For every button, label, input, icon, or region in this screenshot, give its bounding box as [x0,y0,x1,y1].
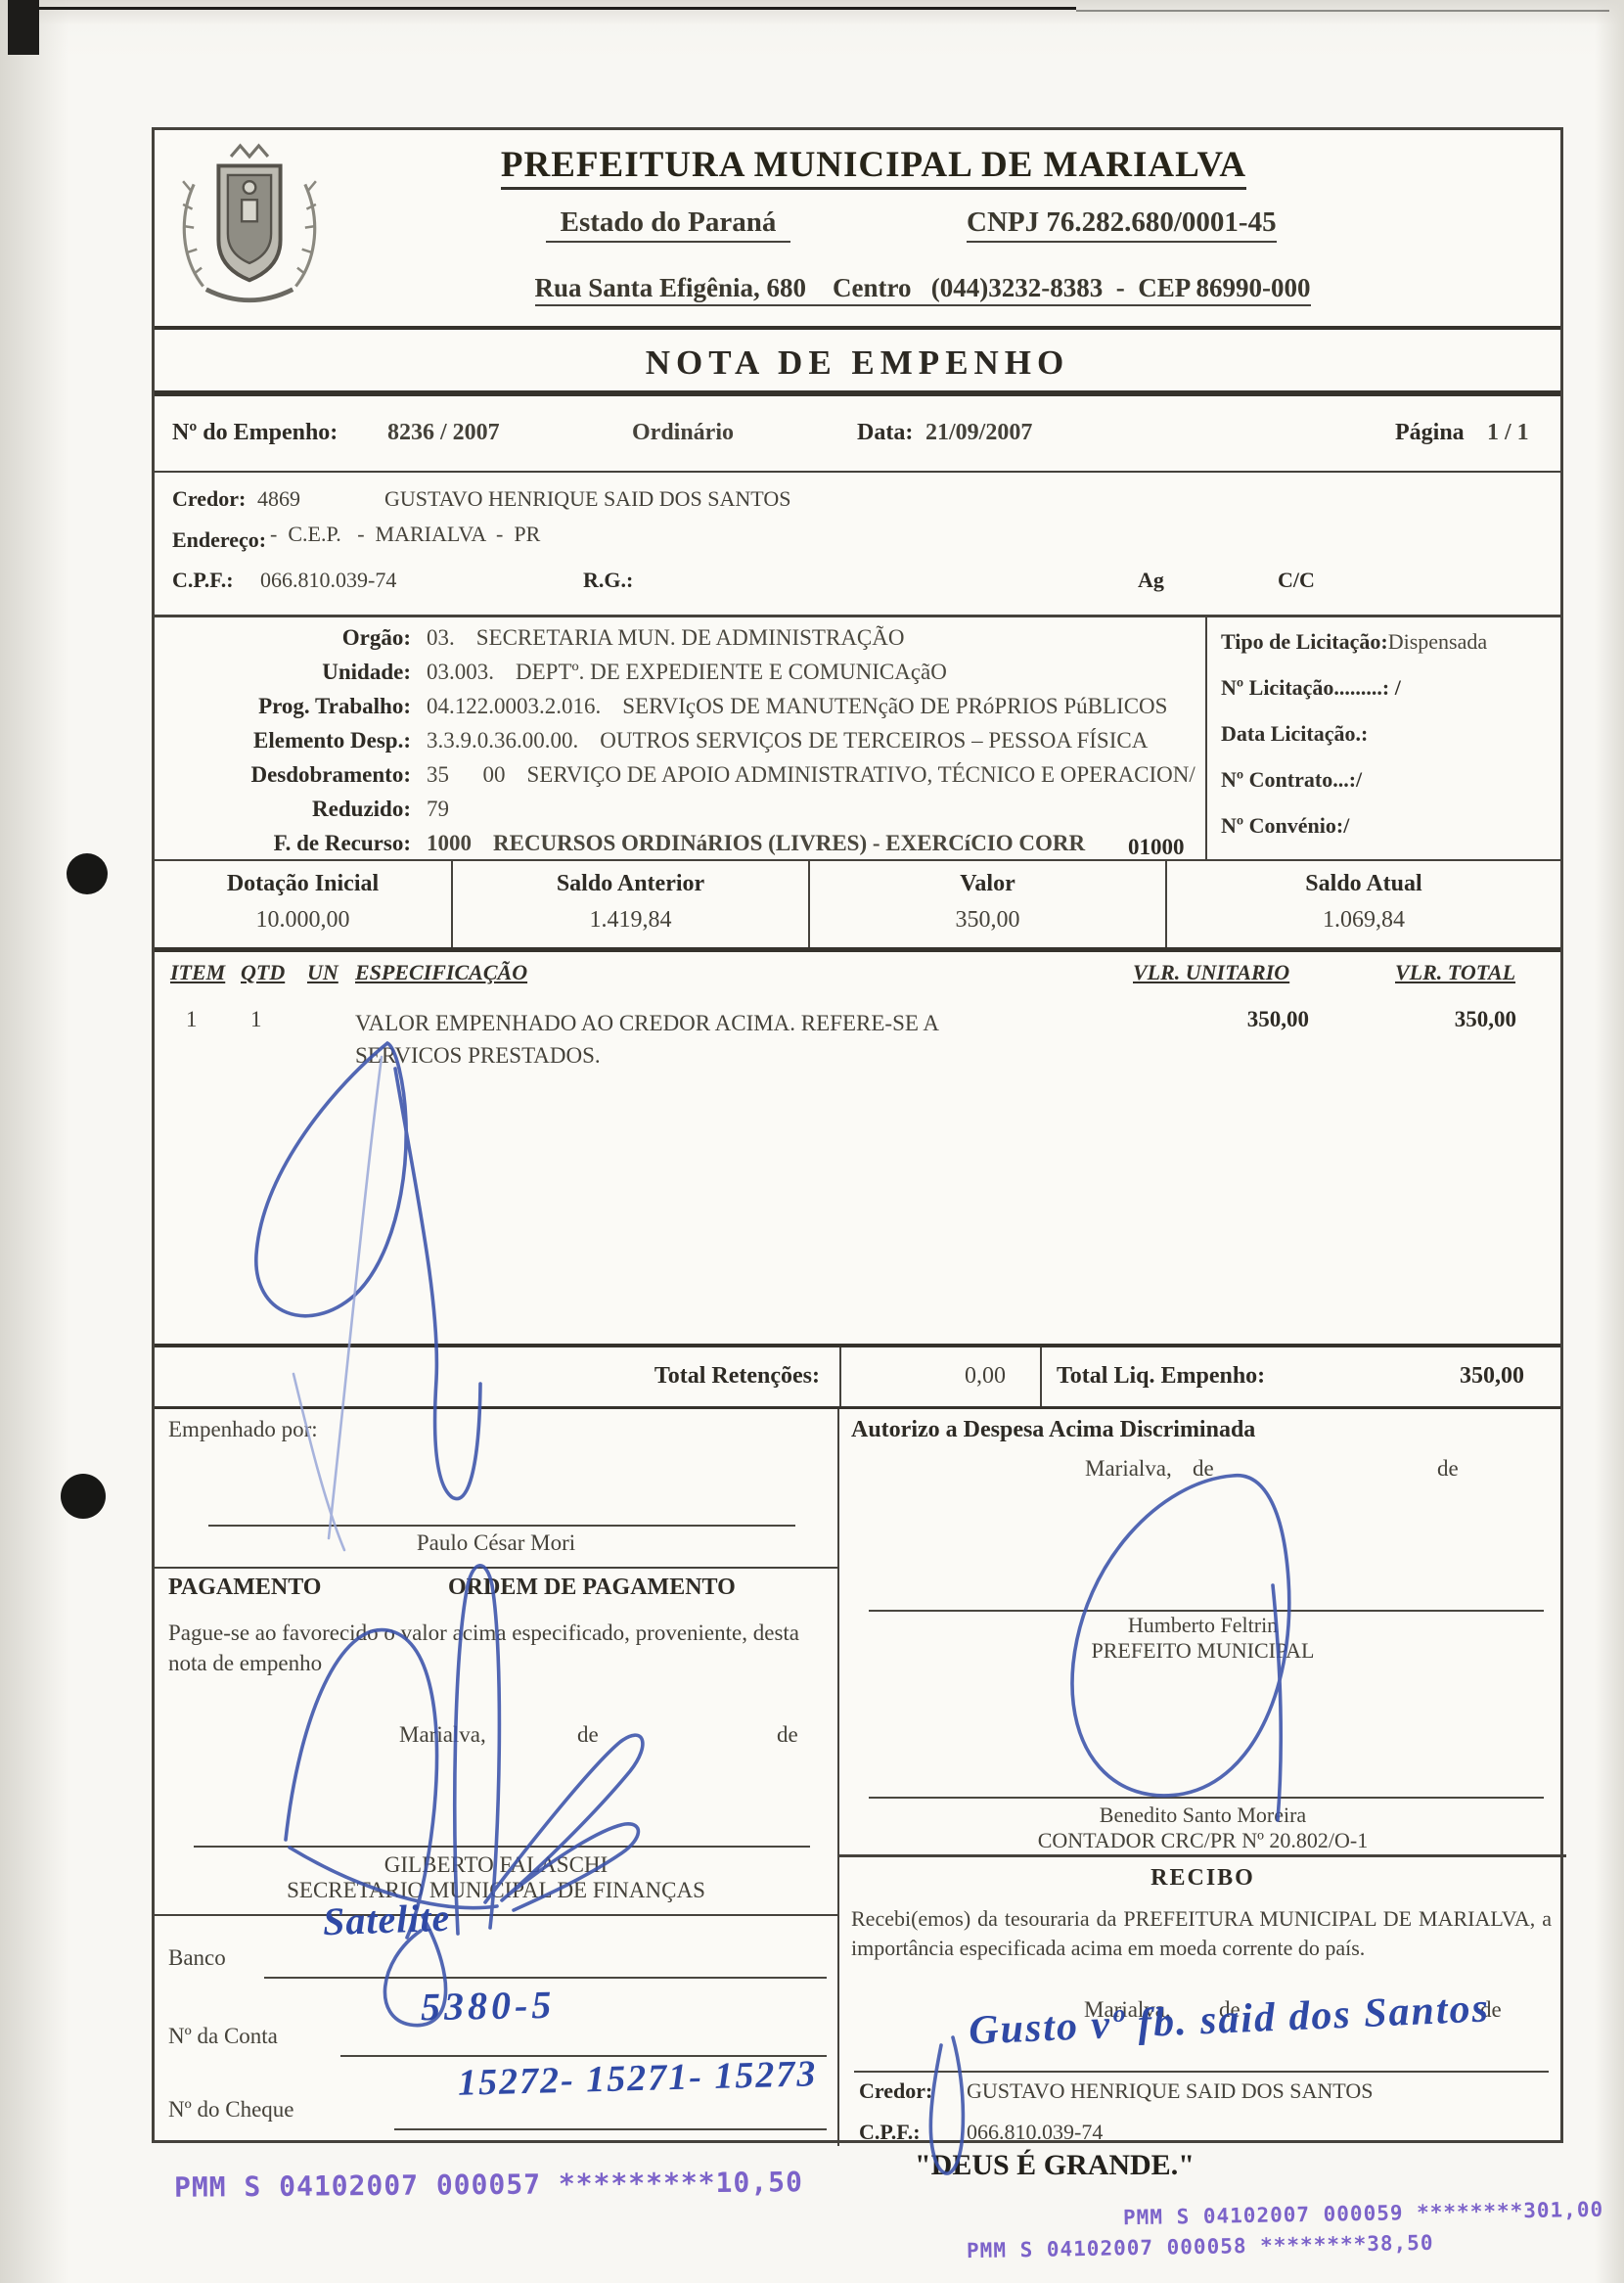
document-title-bar: NOTA DE EMPENHO [155,326,1560,396]
stamp-000057: PMM S 04102007 000057 *********10,50 [174,2166,803,2204]
creditor-address-label: Endereço: [172,527,266,553]
header-title-wrap: PREFEITURA MUNICIPAL DE MARIALVA [350,144,1397,186]
balance-saldo-atual-cell: Saldo Atual 1.069,84 [1167,861,1560,947]
empenhado-por-label: Empenhado por: [168,1417,318,1442]
item-vlr-unitario: 350,00 [1152,1007,1309,1032]
orgao-label: Orgão: [155,625,411,651]
banco-handwritten-value: Satelite [322,1895,451,1945]
total-retencoes-label: Total Retenções: [155,1363,820,1390]
empenho-date-value: 21/09/2007 [925,420,1032,446]
elemento-desc: OUTROS SERVIÇOS DE TERCEIROS – PESSOA FÍ… [600,728,1148,753]
dotacao-inicial-header: Dotação Inicial [155,871,451,897]
balance-valor-cell: Valor 350,00 [810,861,1167,947]
autorizo-de2: de [1437,1456,1459,1482]
prefeito-name: Humberto Feltrin [839,1613,1566,1638]
totals-divider-2 [1040,1347,1042,1406]
pagamento-de2: de [777,1722,798,1748]
scan-top-line-right [1076,10,1609,12]
secretario-signature-line [194,1846,810,1848]
valor-value: 350,00 [810,907,1165,934]
bank-details-box: Banco Nº da Conta Nº do Cheque [155,1916,837,2146]
balance-dotacao-cell: Dotação Inicial 10.000,00 [155,861,453,947]
contador-title: CONTADOR CRC/PR Nº 20.802/O-1 [839,1828,1566,1853]
ordem-pagamento-title: ORDEM DE PAGAMENTO [448,1575,736,1601]
empenhado-signature-line [208,1525,795,1527]
banco-field-line [264,1977,827,1979]
item-vlr-total: 350,00 [1368,1007,1516,1032]
budget-classification-block: Orgão: 03. SECRETARIA MUN. DE ADMINISTRA… [155,615,1560,859]
scan-top-line [15,7,1076,10]
agency-label: Ag [1138,568,1164,593]
saldo-anterior-value: 1.419,84 [453,907,808,934]
vlr-unitario-column-header: VLR. UNITARIO [1133,960,1289,985]
balance-row: Dotação Inicial 10.000,00 Saldo Anterior… [155,859,1560,947]
prog-trabalho-label: Prog. Trabalho: [155,694,411,719]
qtd-column-header: QTD [241,960,285,985]
account-label: C/C [1278,568,1315,593]
unidade-desc: DEPTº. DE EXPEDIENTE E COMUNICAçãO [516,660,947,685]
nota-de-empenho-document: PREFEITURA MUNICIPAL DE MARIALVA Estado … [152,127,1563,2143]
items-table: ITEM QTD UN ESPECIFICAÇÃO VLR. UNITARIO … [155,947,1560,1344]
secretario-name-wrap: GILBERTO FALASCHI SECRETARIO MUNICIPAL D… [155,1852,837,1903]
item-column-header: ITEM [170,960,225,985]
prog-trabalho-desc: SERVIçOS DE MANUTENçãO DE PRóPRIOS PúBLI… [622,694,1167,719]
licitacao-numero-line: Nº Licitação.........: / [1221,675,1551,701]
elemento-code: 3.3.9.0.36.00.00. [427,728,578,753]
creditor-code: 4869 [257,486,300,512]
empenhado-name-wrap: Paulo César Mori [155,1530,837,1556]
desdobramento-desc: SERVIÇO DE APOIO ADMINISTRATIVO, TÉCNICO… [527,762,1195,788]
prog-trabalho-code: 04.122.0003.2.016. [427,694,601,719]
document-title: NOTA DE EMPENHO [646,343,1070,382]
recibo-credor-label: Credor: [859,2078,932,2104]
banco-label: Banco [168,1945,226,1971]
total-retencoes-value: 0,00 [839,1363,1006,1390]
elemento-label: Elemento Desp.: [155,728,411,753]
fonte-recurso-desc: RECURSOS ORDINáRIOS (LIVRES) - EXERCíCIO… [493,831,1085,856]
unidade-code: 03.003. [427,660,494,685]
dotacao-inicial-value: 10.000,00 [155,907,451,934]
autorizo-title: Autorizo a Despesa Acima Discriminada [851,1417,1255,1443]
municipality-coat-of-arms [172,138,327,314]
empenho-kind: Ordinário [632,420,734,446]
creditor-rg-label: R.G.: [583,568,633,593]
secretario-name: GILBERTO FALASCHI [155,1852,837,1878]
fonte-recurso-label: F. de Recurso: [155,831,411,856]
orgao-code: 03. [427,625,455,651]
reduzido-label: Reduzido: [155,797,411,822]
address-line: Rua Santa Efigênia, 680 Centro (044)3232… [535,273,1311,306]
empenho-date-label: Data: [857,420,913,446]
total-liq-empenho-value: 350,00 [1358,1363,1524,1390]
cheque-field-line [394,2128,827,2130]
prefeito-signature-line [869,1610,1544,1612]
empenho-number-value: 8236 / 2007 [387,420,500,446]
left-signature-column: Empenhado por: Paulo César Mori PAGAMENT… [155,1409,839,2146]
credor-signature-line [854,2071,1549,2073]
convenio-line: Nº Convénio:/ [1221,813,1551,839]
empenho-number-row: Nº do Empenho: 8236 / 2007 Ordinário Dat… [155,396,1560,471]
item-number: 1 [186,1007,198,1032]
motto-text: "DEUS É GRANDE." [915,2149,1195,2182]
desdobramento-label: Desdobramento: [155,762,411,788]
creditor-block: Credor: 4869 GUSTAVO HENRIQUE SAID DOS S… [155,471,1560,615]
state-label: Estado do Paraná [546,206,790,243]
pagamento-text: Pague-se ao favorecido o valor acima esp… [168,1618,804,1678]
creditor-address-value: - C.E.P. - MARIALVA - PR [270,522,540,547]
licitacao-tipo-line: Tipo de Licitação:Dispensada [1221,629,1551,655]
autorizo-city: Marialva, [1085,1456,1172,1482]
saldo-atual-value: 1.069,84 [1167,907,1560,934]
contador-name-wrap: Benedito Santo Moreira CONTADOR CRC/PR N… [839,1803,1566,1853]
total-liq-empenho-label: Total Liq. Empenho: [1057,1363,1265,1390]
pagamento-de1: de [577,1722,599,1748]
valor-header: Valor [810,871,1165,897]
prefecture-title: PREFEITURA MUNICIPAL DE MARIALVA [501,145,1246,190]
creditor-label: Credor: [172,486,246,512]
autorizo-box: Autorizo a Despesa Acima Discriminada Ma… [839,1409,1566,1857]
autorizo-de1: de [1193,1456,1214,1482]
pagamento-title: PAGAMENTO [168,1575,321,1601]
document-header: PREFEITURA MUNICIPAL DE MARIALVA Estado … [155,130,1560,326]
pagamento-box: PAGAMENTO ORDEM DE PAGAMENTO Pague-se ao… [155,1569,837,1916]
balance-grid: Dotação Inicial 10.000,00 Saldo Anterior… [155,861,1560,947]
recibo-cpf-label: C.P.F.: [859,2120,921,2145]
item-especificacao: VALOR EMPENHADO AO CREDOR ACIMA. REFERE-… [355,1007,942,1072]
empenho-number-label: Nº do Empenho: [172,420,338,446]
recibo-cpf-value: 066.810.039-74 [967,2120,1103,2145]
reduzido-code: 79 [427,797,449,822]
item-qtd: 1 [250,1007,262,1032]
vlr-total-column-header: VLR. TOTAL [1395,960,1515,985]
licitacao-tipo-label: Tipo de Licitação: [1221,629,1388,654]
recibo-credor-name: GUSTAVO HENRIQUE SAID DOS SANTOS [967,2078,1373,2104]
punch-hole-top [67,853,108,894]
creditor-cpf-value: 066.810.039-74 [260,568,396,593]
secretario-title: SECRETARIO MUNICIPAL DE FINANÇAS [155,1878,837,1903]
stamp-000058: PMM S 04102007 000058 ********38,50 [967,2231,1434,2262]
cheque-label: Nº do Cheque [168,2097,294,2123]
page-value: 1 / 1 [1487,420,1529,446]
page-label: Página [1395,420,1465,446]
licitacao-tipo-value: Dispensada [1388,629,1487,654]
scan-corner-mark [8,0,39,55]
un-column-header: UN [307,960,338,985]
unidade-label: Unidade: [155,660,411,685]
stamp-000059: PMM S 04102007 000059 ********301,00 [1123,2198,1604,2230]
scanned-page: PREFEITURA MUNICIPAL DE MARIALVA Estado … [0,0,1624,2283]
orgao-desc: SECRETARIA MUN. DE ADMINISTRAÇÃO [476,625,905,651]
contador-signature-line [869,1797,1544,1799]
empenhado-signer-name: Paulo César Mori [417,1530,575,1555]
cnpj-label: CNPJ 76.282.680/0001-45 [967,206,1277,243]
especificacao-column-header: ESPECIFICAÇÃO [355,960,527,985]
empenhado-por-box: Empenhado por: Paulo César Mori [155,1409,837,1569]
fonte-recurso-extra: 01000 [1128,835,1185,860]
balance-saldo-anterior-cell: Saldo Anterior 1.419,84 [453,861,810,947]
totals-row: Total Retenções: 0,00 Total Liq. Empenho… [155,1344,1560,1409]
recibo-title-wrap: RECIBO [839,1865,1566,1892]
saldo-atual-header: Saldo Atual [1167,871,1560,897]
creditor-name: GUSTAVO HENRIQUE SAID DOS SANTOS [384,486,790,512]
conta-label: Nº da Conta [168,2024,278,2049]
creditor-cpf-label: C.P.F.: [172,568,234,593]
prefeito-name-wrap: Humberto Feltrin PREFEITO MUNICIPAL [839,1613,1566,1664]
recibo-title: RECIBO [1150,1865,1255,1891]
contrato-line: Nº Contrato...:/ [1221,767,1551,793]
saldo-anterior-header: Saldo Anterior [453,871,808,897]
desdobramento-code: 35 00 [427,762,506,788]
fonte-recurso-code: 1000 [427,831,472,856]
punch-hole-bottom [61,1474,106,1519]
licitacao-data-line: Data Licitação.: [1221,721,1551,747]
pagamento-city: Marialva, [399,1722,486,1748]
prefeito-title: PREFEITO MUNICIPAL [839,1638,1566,1664]
licitacao-column: Tipo de Licitação:Dispensada Nº Licitaçã… [1205,617,1560,859]
recibo-text: Recebi(emos) da tesouraria da PREFEITURA… [851,1904,1552,1963]
contador-name: Benedito Santo Moreira [839,1803,1566,1828]
conta-handwritten-value: 5380-5 [421,1982,556,2030]
address-line-wrap: Rua Santa Efigênia, 680 Centro (044)3232… [380,273,1466,303]
